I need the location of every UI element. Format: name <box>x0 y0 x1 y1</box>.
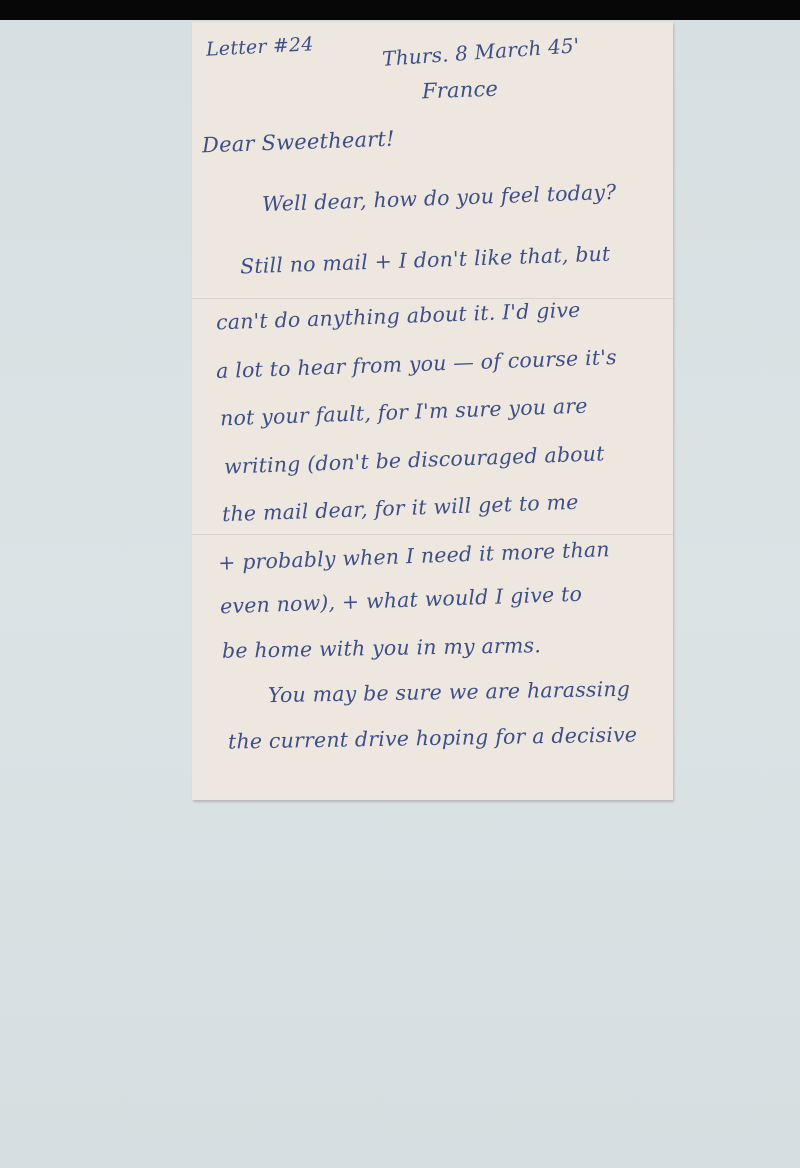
body-line: the mail dear, for it will get to me <box>222 490 579 526</box>
body-line: not your fault, for I'm sure you are <box>220 394 588 431</box>
letter-greeting: Dear Sweetheart! <box>202 127 395 158</box>
body-line: even now), + what would I give to <box>220 582 583 619</box>
paper-fold-line <box>192 298 673 299</box>
body-line: writing (don't be discouraged about <box>224 441 605 478</box>
scanner-top-bar <box>0 0 800 20</box>
body-line: + probably when I need it more than <box>218 537 610 575</box>
body-line: the current drive hoping for a decisive <box>228 722 637 753</box>
letter-place: France <box>422 77 499 104</box>
body-line: a lot to hear from you — of course it's <box>216 345 617 383</box>
paper-fold-line <box>192 534 673 535</box>
body-line: Still no mail + I don't like that, but <box>240 242 611 279</box>
letter-date: Thurs. 8 March 45' <box>381 33 580 71</box>
body-line: You may be sure we are harassing <box>268 677 631 707</box>
body-line: Well dear, how do you feel today? <box>262 180 617 216</box>
letter-number: Letter #24 <box>205 33 314 61</box>
body-line: can't do anything about it. I'd give <box>216 298 581 335</box>
letter-page: Letter #24 Thurs. 8 March 45' France Dea… <box>192 22 673 800</box>
body-line: be home with you in my arms. <box>222 633 541 663</box>
